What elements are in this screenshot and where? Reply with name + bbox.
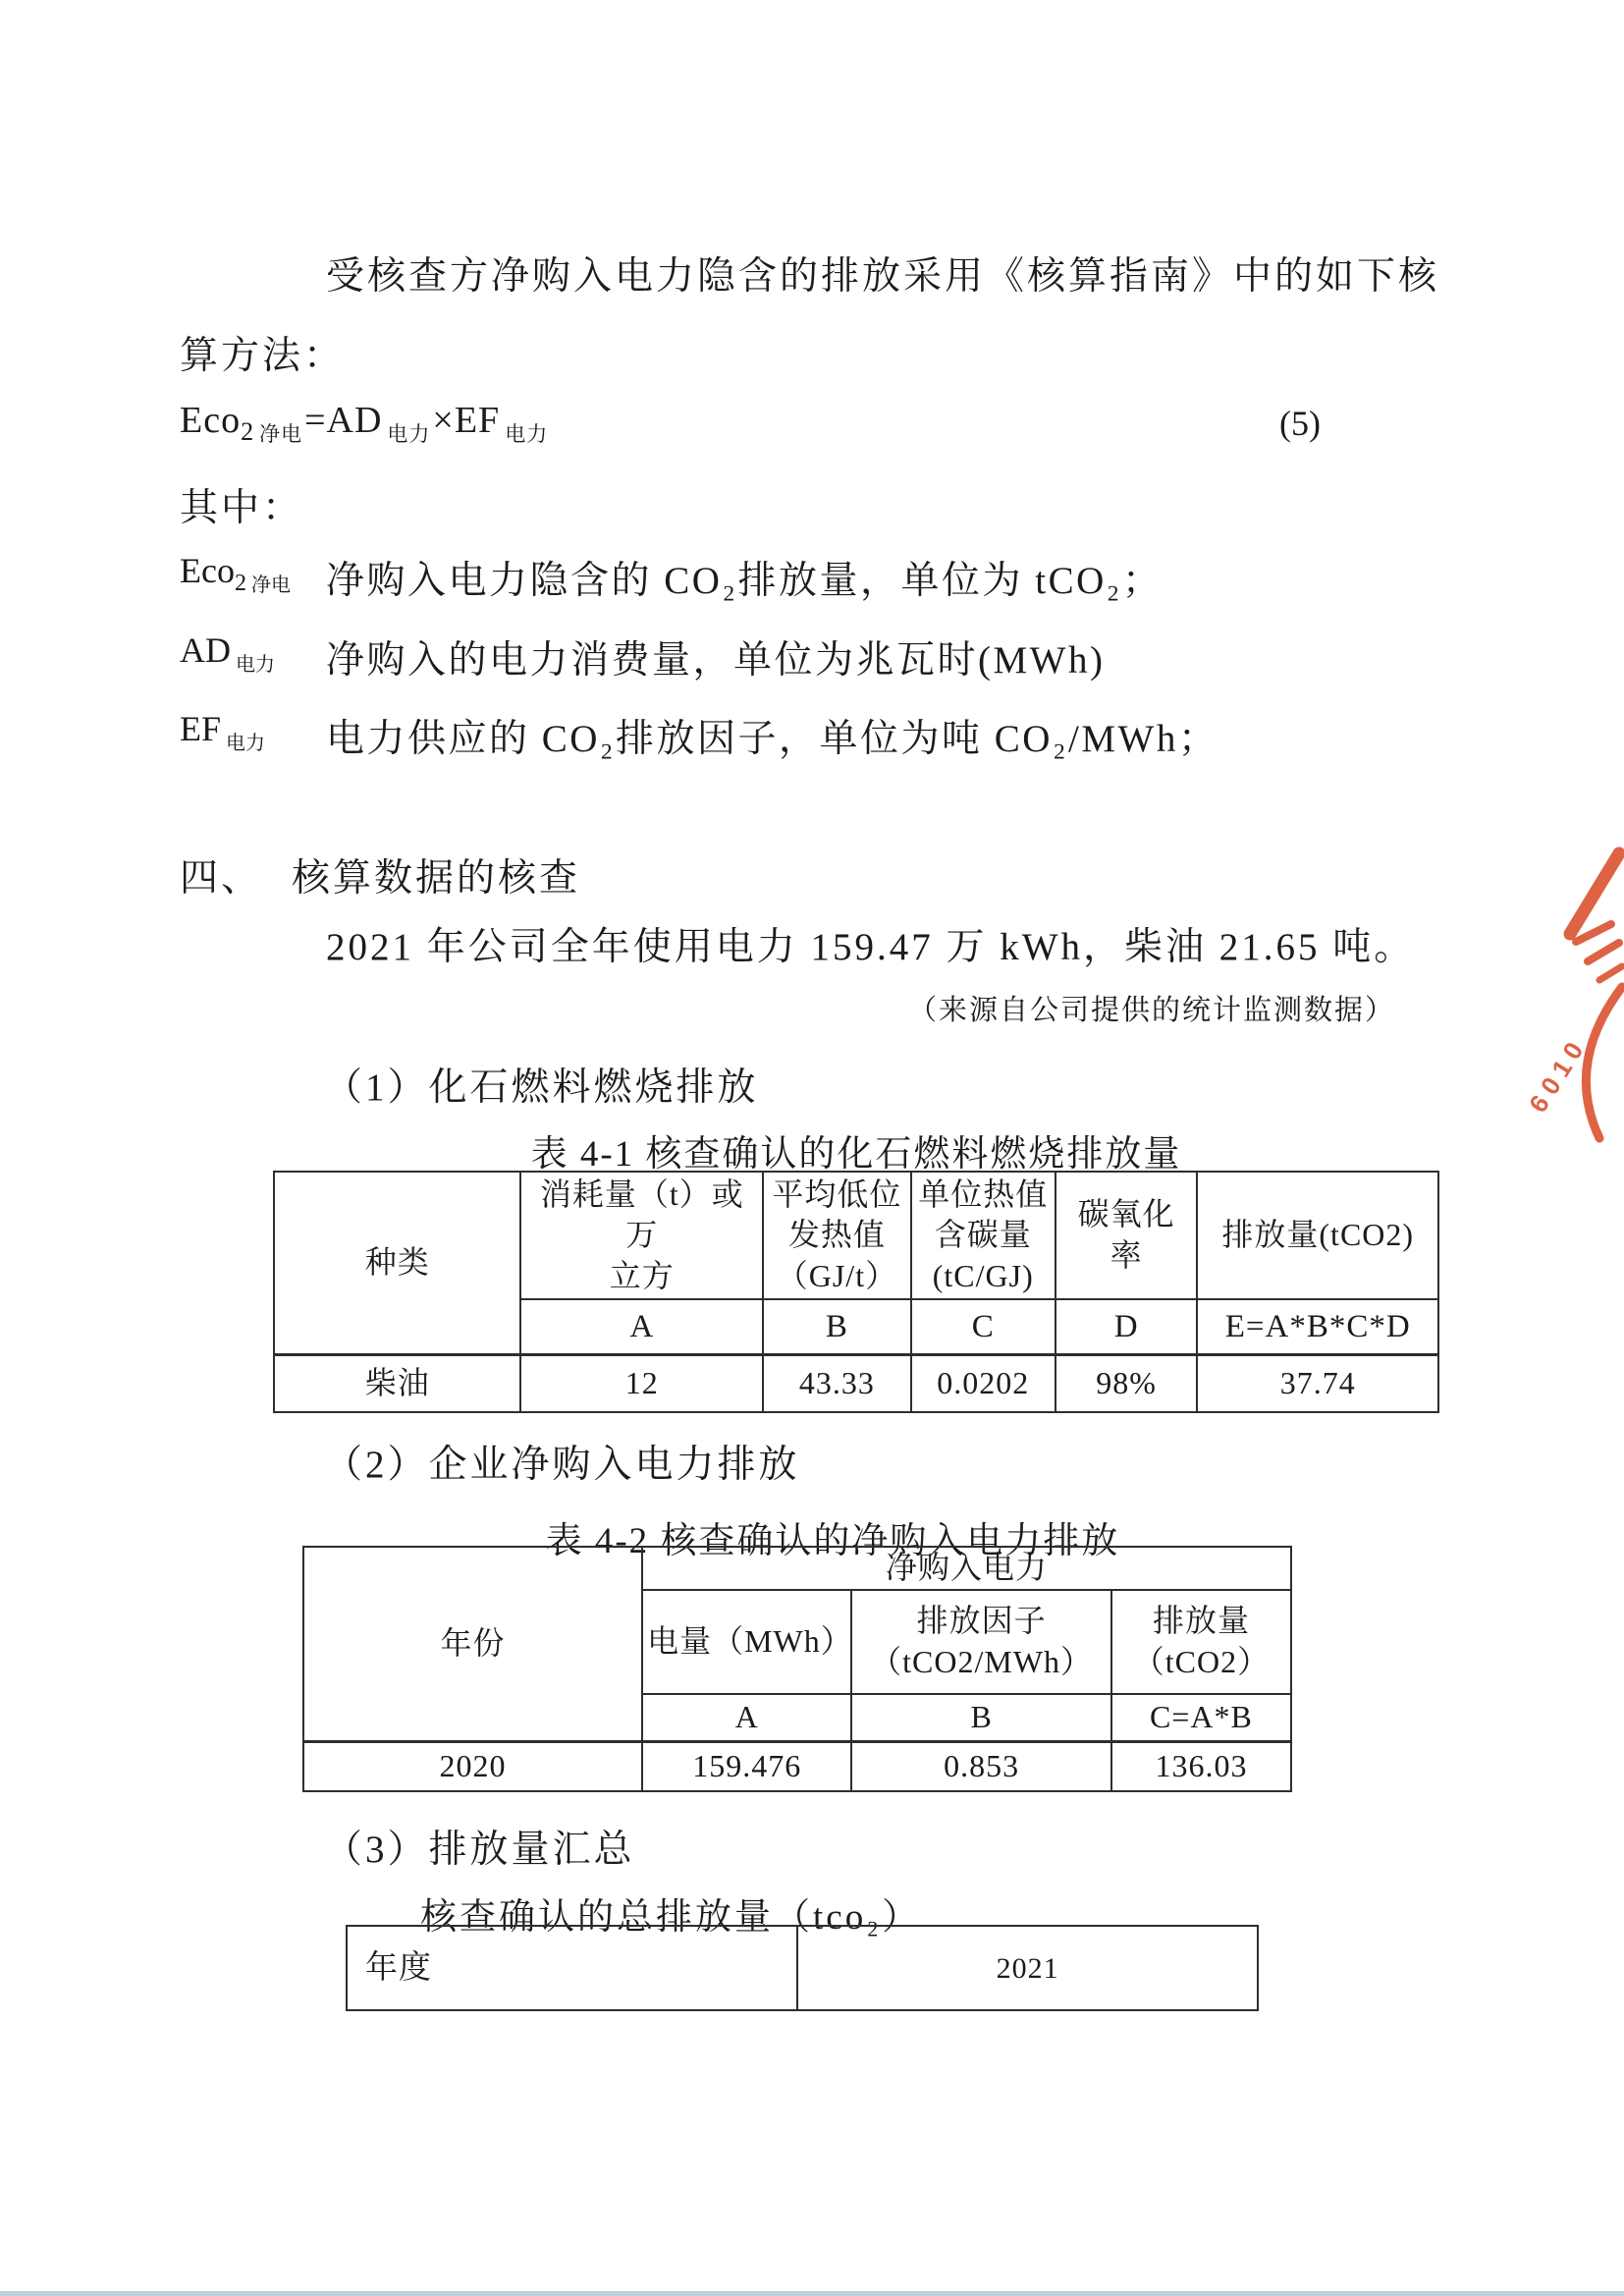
header-cell: 消耗量（t）或万 立方 [520, 1172, 763, 1299]
table-4-1-header-row: 种类 消耗量（t）或万 立方 平均低位 发热值 （GJ/t） 单位热值 含碳量 … [274, 1172, 1438, 1299]
definition-term: AD电力 [180, 629, 326, 677]
table-4-2: 年份 净购入电力 电量（MWh） 排放因子 （tCO2/MWh） 排放量 （tC… [302, 1546, 1292, 1792]
header-cell: 平均低位 发热值 （GJ/t） [763, 1172, 911, 1299]
formula-line: Eco2净电=AD电力×EF电力 [180, 399, 550, 448]
header-cell: 排放量(tCO2) [1197, 1172, 1438, 1299]
data-cell: 37.74 [1197, 1355, 1438, 1413]
letter-cell: A [642, 1694, 851, 1742]
summary-row-label: 年度 [347, 1926, 797, 2010]
data-source-note: （来源自公司提供的统计监测数据） [908, 988, 1395, 1028]
term-sub-num: 2 [235, 571, 246, 596]
data-cell: 柴油 [274, 1355, 520, 1413]
formula-lhs-sub-cn: 净电 [259, 422, 302, 446]
letter-cell: A [520, 1299, 763, 1355]
formula-lhs-base: Eco [180, 400, 241, 441]
stamp-stroke [1599, 966, 1622, 980]
letter-cell: C [911, 1299, 1056, 1355]
data-cell: 136.03 [1111, 1741, 1291, 1791]
document-page: 受核查方净购入电力隐含的排放采用《核算指南》中的如下核 算方法： Eco2净电=… [0, 0, 1624, 2296]
section-number: 四、 [180, 857, 262, 900]
data-cell: 0.853 [851, 1741, 1111, 1791]
definition-row-ef: EF电力 电力供应的 CO₂排放因子，单位为吨 CO₂/MWh； [180, 708, 1456, 763]
letter-cell: C=A*B [1111, 1694, 1291, 1742]
letter-cell: B [763, 1299, 911, 1355]
equation-number: (5) [1279, 403, 1321, 444]
data-cell: 98% [1056, 1355, 1198, 1413]
definition-term: Eco2净电 [180, 550, 326, 597]
group-header-cell: 净购入电力 [642, 1547, 1291, 1590]
header-cell: 种类 [274, 1172, 520, 1355]
table-4-1-title: 表 4-1 核查确认的化石燃料燃烧排放量 [273, 1123, 1439, 1176]
definition-row-ad: AD电力 净购入的电力消费量，单位为兆瓦时(MWh) [180, 629, 1456, 684]
term-base: EF [180, 709, 221, 748]
header-cell: 电量（MWh） [642, 1590, 851, 1694]
data-cell: 43.33 [763, 1355, 911, 1413]
formula-term2-base: AD [327, 400, 383, 441]
section-title: 核算数据的核查 [292, 857, 580, 900]
summary-row-value: 2021 [797, 1926, 1258, 2010]
data-cell: 159.476 [642, 1741, 851, 1791]
summary-table: 年度 2021 [346, 1925, 1259, 2011]
letter-cell: D [1056, 1299, 1198, 1355]
subsection-2-label: （2）企业净购入电力排放 [324, 1434, 800, 1489]
definition-desc: 净购入的电力消费量，单位为兆瓦时(MWh) [326, 629, 1105, 684]
definition-term: EF电力 [180, 708, 326, 755]
stamp-fragment: 6010 [1531, 838, 1624, 1152]
subsection-3-label: （3）排放量汇总 [324, 1819, 635, 1874]
subsection-1-label: （1）化石燃料燃烧排放 [324, 1057, 759, 1112]
formula-term3-base: EF [455, 400, 500, 441]
definition-desc: 电力供应的 CO₂排放因子，单位为吨 CO₂/MWh； [326, 708, 1218, 763]
data-cell: 0.0202 [911, 1355, 1056, 1413]
header-cell: 年份 [303, 1547, 642, 1741]
term-sub-cn: 电力 [226, 733, 265, 754]
header-cell: 排放因子 （tCO2/MWh） [851, 1590, 1111, 1694]
section-heading: 四、核算数据的核查 [180, 847, 580, 902]
among-label: 其中： [180, 477, 303, 532]
term-base: AD [180, 630, 231, 670]
summary-table-row: 年度 2021 [347, 1926, 1258, 2010]
letter-cell: E=A*B*C*D [1197, 1299, 1438, 1355]
definition-row-eco2: Eco2净电 净购入电力隐含的 CO₂排放量，单位为 tCO₂； [180, 550, 1456, 605]
formula-equals: = [304, 400, 326, 441]
formula-lhs-sub-num: 2 [241, 417, 254, 446]
section-intro-text: 2021 年公司全年使用电力 159.47 万 kWh，柴油 21.65 吨。 [326, 916, 1415, 971]
header-cell: 碳氧化 率 [1056, 1172, 1198, 1299]
stamp-arc [1586, 987, 1622, 1138]
paragraph-line-1: 受核查方净购入电力隐含的排放采用《核算指南》中的如下核 [326, 246, 1439, 301]
paragraph-line-2: 算方法： [180, 325, 345, 380]
table-4-1-data-row: 柴油 12 43.33 0.0202 98% 37.74 [274, 1355, 1438, 1413]
letter-cell: B [851, 1694, 1111, 1742]
scan-edge-line [0, 2291, 1624, 2296]
table-4-2-group-row: 年份 净购入电力 [303, 1547, 1291, 1590]
header-cell: 单位热值 含碳量 (tC/GJ) [911, 1172, 1056, 1299]
data-cell: 12 [520, 1355, 763, 1413]
data-cell: 2020 [303, 1741, 642, 1791]
formula-operator: × [432, 400, 454, 441]
header-cell: 排放量 （tCO2） [1111, 1590, 1291, 1694]
formula-term3-sub: 电力 [505, 422, 548, 446]
definition-desc: 净购入电力隐含的 CO₂排放量，单位为 tCO₂； [326, 550, 1163, 605]
term-sub-cn: 净电 [251, 574, 291, 596]
table-4-1: 种类 消耗量（t）或万 立方 平均低位 发热值 （GJ/t） 单位热值 含碳量 … [273, 1171, 1439, 1413]
formula-term2-sub: 电力 [387, 422, 430, 446]
term-base: Eco [180, 551, 235, 590]
stamp-stroke [1588, 943, 1619, 961]
table-4-2-data-row: 2020 159.476 0.853 136.03 [303, 1741, 1291, 1791]
term-sub-cn: 电力 [236, 654, 275, 676]
